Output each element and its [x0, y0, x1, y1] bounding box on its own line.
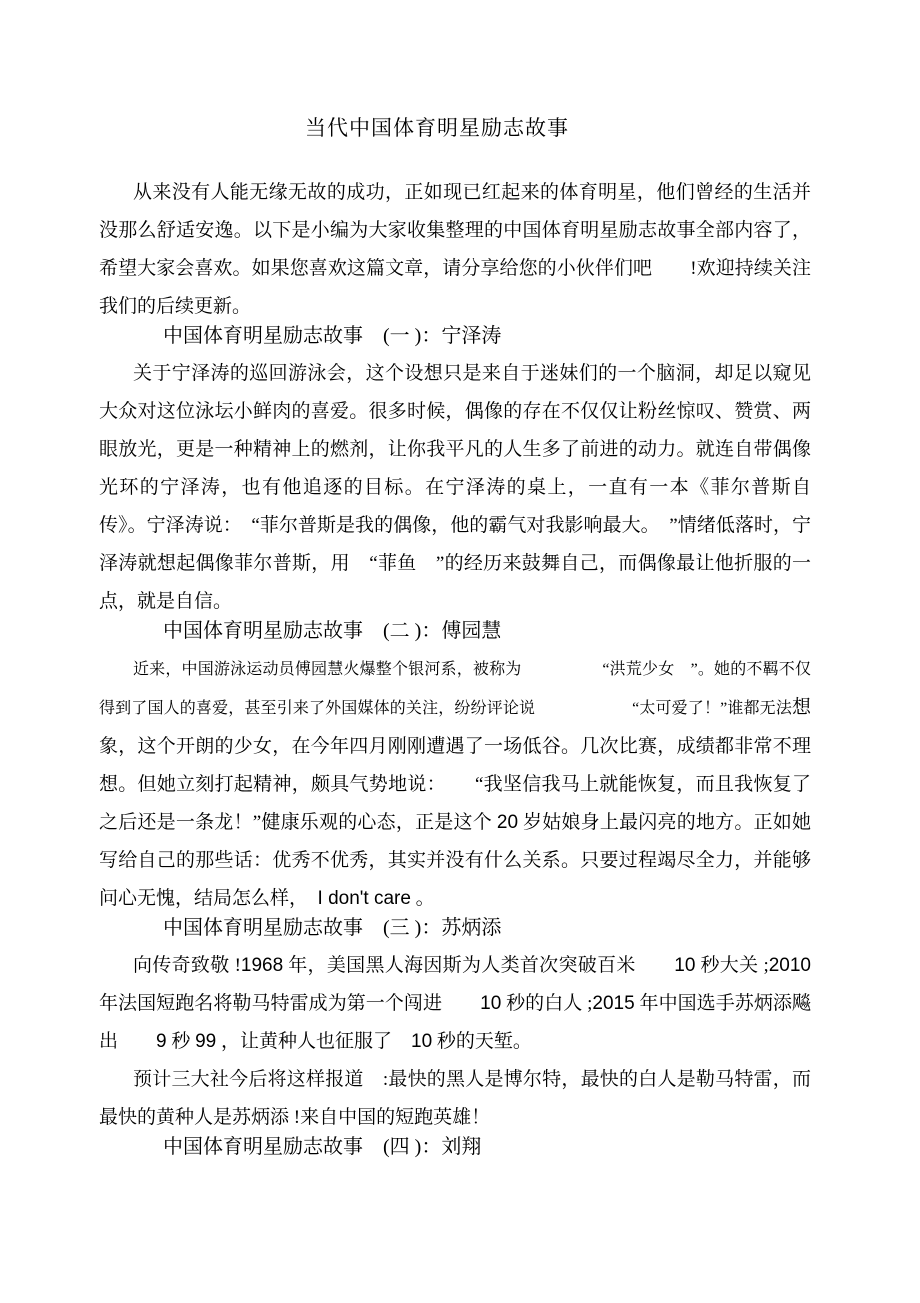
section-heading: 中国体育明星励志故事 (一 )：宁泽涛: [99, 326, 811, 346]
latin-text: 10: [480, 993, 501, 1014]
text-run: 关于宁泽涛的巡回游泳会，这个设想只是来自于迷妹们的一个脑洞，却足以窥见大众对这位…: [99, 363, 811, 612]
document-body: 从来没有人能无缘无故的成功，正如现已红起来的体育明星，他们曾经的生活并没那么舒适…: [99, 174, 811, 1157]
body-paragraph: 预计三大社今后将这样报道 :最快的黑人是博尔特，最快的白人是勒马特雷，而最快的黄…: [99, 1061, 811, 1137]
latin-text: I don't care: [318, 888, 411, 909]
body-paragraph: 向传奇致敬 !1968 年，美国黑人海因斯为人类首次突破百米 10 秒大关 ;2…: [99, 947, 811, 1061]
latin-text: 10: [674, 955, 695, 976]
text-run: 向传奇致敬 !1968 年，美国黑人海因斯为人类首次突破百米 10 秒大关 ;2…: [99, 955, 811, 1052]
document-title: 当代中国体育明星励志故事: [99, 115, 775, 141]
document-page: 当代中国体育明星励志故事 从来没有人能无缘无故的成功，正如现已红起来的体育明星，…: [0, 0, 920, 1303]
latin-text: 2010: [769, 955, 811, 976]
text-run: 从来没有人能无缘无故的成功，正如现已红起来的体育明星，他们曾经的生活并没那么舒适…: [99, 182, 811, 317]
body-paragraph: 近来，中国游泳运动员傅园慧火爆整个银河系，被称为 “洪荒少女 ”。她的不羁不仅得…: [99, 650, 811, 918]
text-run: 想象，这个开朗的少女，在今年四月刚刚遭遇了一场低谷。几次比赛，成绩都非常不理想。…: [99, 697, 811, 909]
text-run: 近来，中国游泳运动员傅园慧火爆整个银河系，被称为 “洪荒少女 ”。她的不羁不仅得…: [99, 661, 811, 717]
section-heading: 中国体育明星励志故事 (三 )：苏炳添: [99, 918, 811, 938]
body-paragraph: 关于宁泽涛的巡回游泳会，这个设想只是来自于迷妹们的一个脑洞，却足以窥见大众对这位…: [99, 355, 811, 621]
text-run: 预计三大社今后将这样报道 :最快的黑人是博尔特，最快的白人是勒马特雷，而最快的黄…: [99, 1069, 811, 1128]
latin-text: 99: [195, 1031, 216, 1052]
section-heading: 中国体育明星励志故事 (二 )：傅园慧: [99, 621, 811, 641]
latin-text: 1968: [241, 955, 283, 976]
latin-text: 10: [411, 1031, 432, 1052]
section-heading: 中国体育明星励志故事 (四 )：刘翔: [99, 1137, 811, 1157]
latin-text: 20: [497, 812, 518, 833]
body-paragraph: 从来没有人能无缘无故的成功，正如现已红起来的体育明星，他们曾经的生活并没那么舒适…: [99, 174, 811, 326]
latin-text: 9: [156, 1031, 167, 1052]
latin-text: 2015: [592, 993, 634, 1014]
